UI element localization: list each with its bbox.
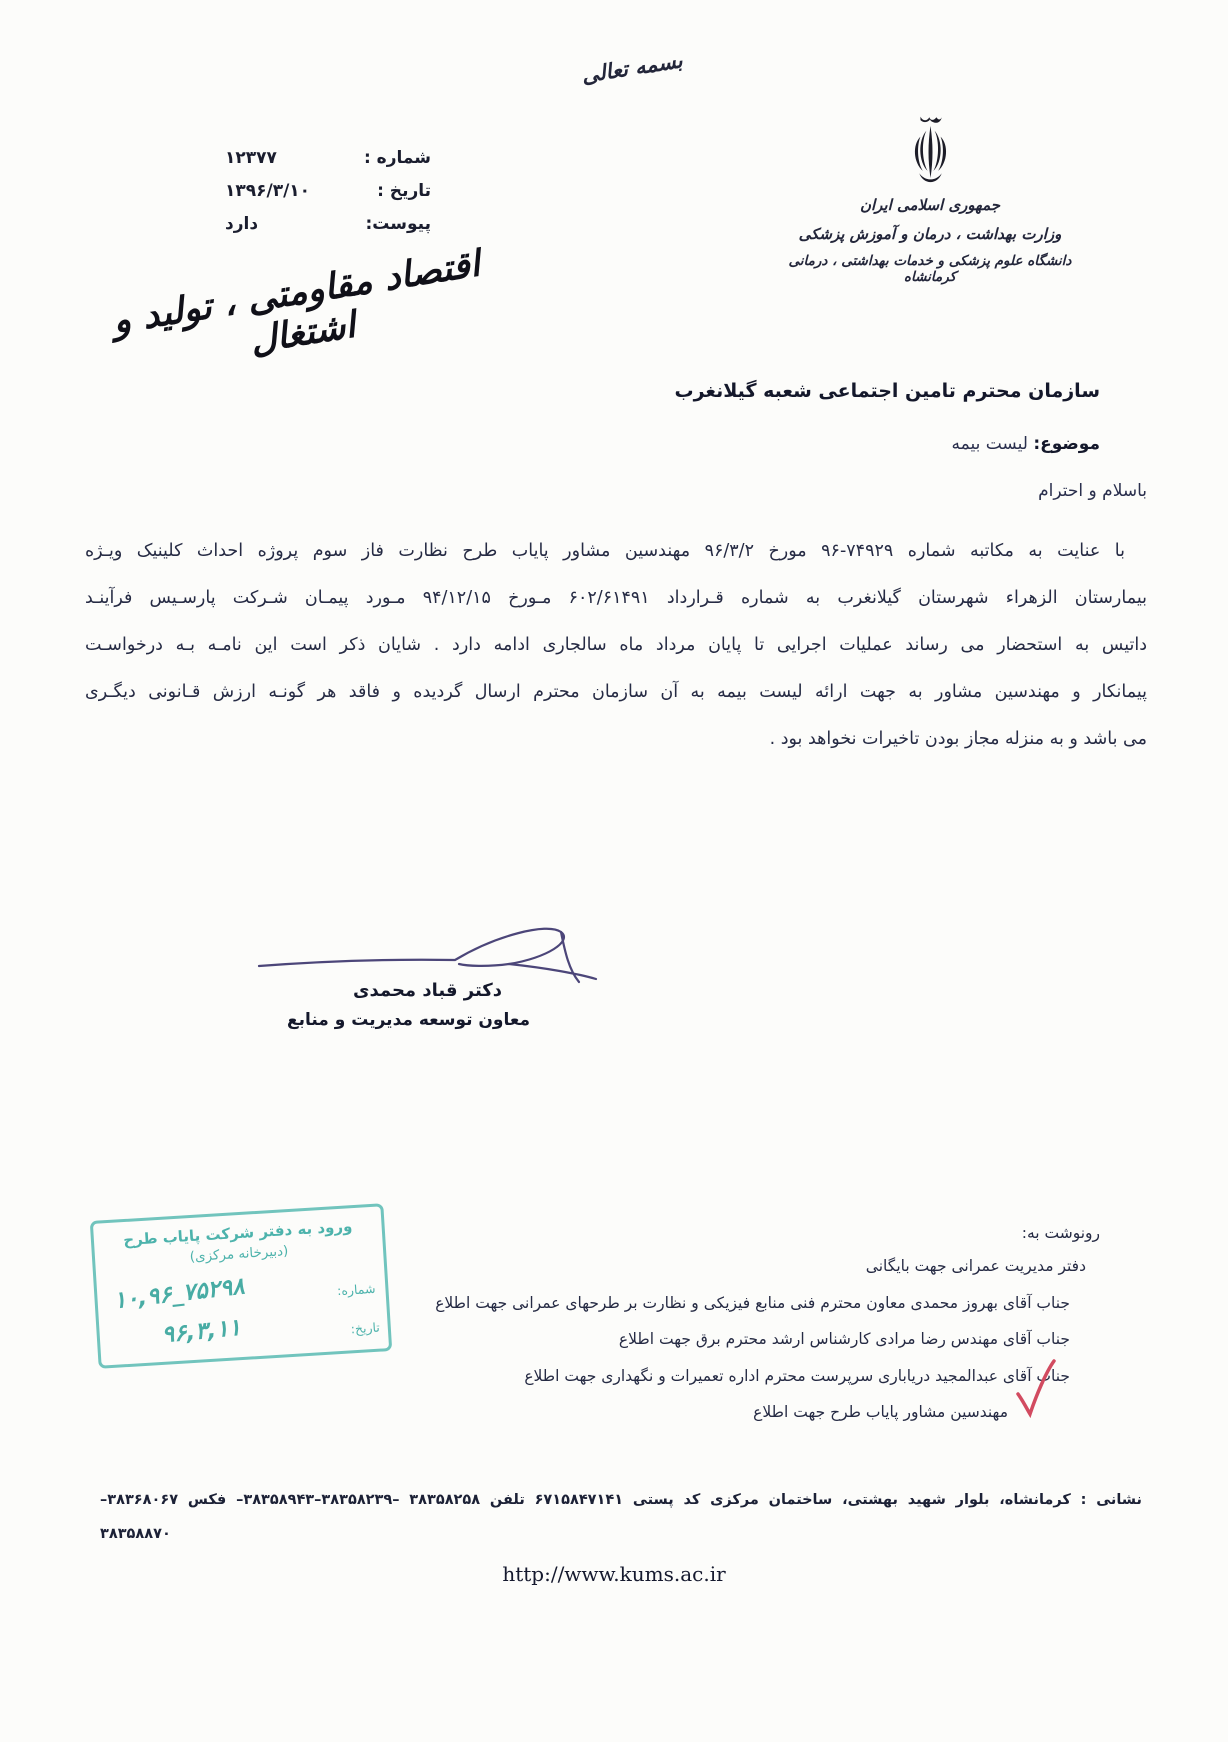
cc-item: جناب آقای بهروز محمدی معاون محترم فنی من… xyxy=(435,1285,1100,1322)
body-line: پیمانکار و مهندسین مشاور به جهت ارائه لی… xyxy=(85,669,1147,716)
subject-label: موضوع: xyxy=(1033,434,1100,454)
body-line: با عنایت به مکاتبه شماره ۷۴۹۲۹-۹۶ مورخ ۹… xyxy=(85,528,1147,575)
subject-line: موضوع: لیست بیمه xyxy=(952,434,1100,454)
meta-number-value: ۱۲۳۷۷ xyxy=(225,148,277,168)
letterhead-country: جمهوری اسلامی ایران xyxy=(780,196,1080,214)
meta-number-label: شماره : xyxy=(364,148,431,168)
slogan-calligraphy: اقتصاد مقاومتی ، تولید و اشتغال xyxy=(88,240,511,386)
meta-attachment-value: دارد xyxy=(225,214,258,234)
meta-attachment-label: پیوست: xyxy=(366,214,432,234)
stamp-number-value: ۱۰,۹۶_۷۵۲۹۸ xyxy=(112,1273,246,1314)
signature-title: معاون توسعه مدیریت و منابع xyxy=(255,1010,600,1030)
meta-date-label: تاریخ : xyxy=(377,181,431,201)
letterhead: جمهوری اسلامی ایران وزارت بهداشت ، درمان… xyxy=(780,112,1080,285)
letterhead-university: دانشگاه علوم پزشکی و خدمات بهداشتی ، درم… xyxy=(780,253,1080,285)
body-line: داتیس به استحضار می رساند عملیات اجرایی … xyxy=(85,622,1147,669)
meta-block: شماره : ۱۲۳۷۷ تاریخ : ۱۳۹۶/۳/۱۰ پیوست: د… xyxy=(225,148,431,247)
iran-emblem-icon xyxy=(901,112,960,192)
meta-date-row: تاریخ : ۱۳۹۶/۳/۱۰ xyxy=(225,181,431,201)
body-line: بیمارستان الزهراء شهرستان گیلانغرب به شم… xyxy=(85,575,1147,622)
body-line: می باشد و به منزله مجاز بودن تاخیرات نخو… xyxy=(85,716,1147,763)
footer-url: http://www.kums.ac.ir xyxy=(0,1562,1228,1586)
cc-item: مهندسین مشاور پایاب طرح جهت اطلاع xyxy=(435,1394,1100,1431)
stamp-date-label: تاریخ: xyxy=(350,1320,380,1337)
recipient-line: سازمان محترم تامین اجتماعی شعبه گیلانغرب xyxy=(674,380,1100,402)
footer-address-line2: ۳۸۳۵۸۸۷۰ xyxy=(100,1526,171,1542)
letterhead-ministry: وزارت بهداشت ، درمان و آموزش پزشکی xyxy=(780,225,1080,243)
meta-number-row: شماره : ۱۲۳۷۷ xyxy=(225,148,431,168)
signature-name: دکتر قباد محمدی xyxy=(255,980,600,1001)
cc-list: دفتر مدیریت عمرانی جهت بایگانی جناب آقای… xyxy=(435,1248,1100,1431)
cc-item: جناب آقای مهندس رضا مرادی کارشناس ارشد م… xyxy=(435,1321,1100,1358)
stamp-date-value: ۹۶,۳,۱۱ xyxy=(161,1315,242,1348)
scanned-letter-page: بسمه تعالی جمهوری اسلامی ایران وزارت بهد… xyxy=(0,0,1228,1742)
footer-address: نشانی : کرمانشاه، بلوار شهید بهشتی، ساخت… xyxy=(100,1492,1142,1508)
meta-date-value: ۱۳۹۶/۳/۱۰ xyxy=(225,181,310,201)
cc-item: دفتر مدیریت عمرانی جهت بایگانی xyxy=(435,1248,1100,1285)
bismillah-calligraphy: بسمه تعالی xyxy=(571,47,693,89)
signature-block: دکتر قباد محمدی معاون توسعه مدیریت و منا… xyxy=(255,918,600,1030)
salutation: باسلام و احترام xyxy=(1038,481,1147,501)
subject-value: لیست بیمه xyxy=(952,434,1034,454)
meta-attachment-row: پیوست: دارد xyxy=(225,214,431,234)
cc-header: رونوشت به: xyxy=(435,1218,1100,1248)
body-paragraph: با عنایت به مکاتبه شماره ۷۴۹۲۹-۹۶ مورخ ۹… xyxy=(85,528,1147,763)
cc-item: جناب آقای عبدالمجید دریاباری سرپرست محتر… xyxy=(435,1358,1100,1395)
cc-section: رونوشت به: دفتر مدیریت عمرانی جهت بایگان… xyxy=(435,1218,1100,1431)
red-checkmark-icon xyxy=(1014,1358,1056,1418)
stamp-number-label: شماره: xyxy=(337,1281,376,1298)
entry-stamp: ورود به دفتر شرکت پایاب طرح (دبیرخانه مر… xyxy=(90,1203,392,1369)
